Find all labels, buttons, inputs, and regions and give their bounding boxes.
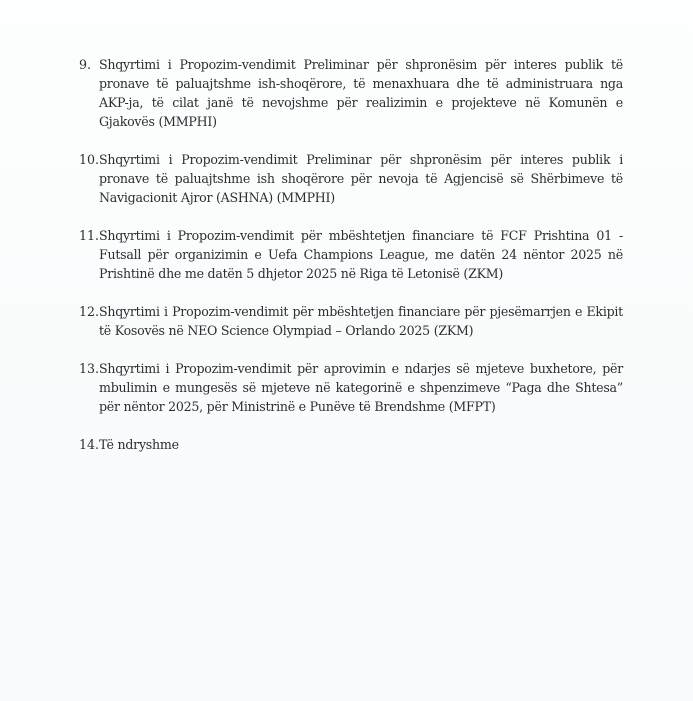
agenda-item-number: 11.: [79, 226, 99, 245]
agenda-item-9: 9. Shqyrtimi i Propozim-vendimit Prelimi…: [79, 55, 623, 131]
agenda-item-number: 10.: [79, 150, 99, 169]
agenda-item-14: 14. Të ndryshme: [79, 435, 623, 454]
agenda-item-number: 14.: [79, 435, 99, 454]
agenda-item-number: 13.: [79, 359, 99, 378]
agenda-item-number: 9.: [79, 55, 91, 74]
agenda-item-12: 12. Shqyrtimi i Propozim-vendimit për mb…: [79, 302, 623, 340]
agenda-item-text: Shqyrtimi i Propozim-vendimit për mbësht…: [99, 302, 623, 340]
agenda-item-text: Shqyrtimi i Propozim-vendimit Preliminar…: [99, 150, 623, 207]
agenda-item-text: Shqyrtimi i Propozim-vendimit për mbësht…: [99, 226, 623, 283]
agenda-item-text: Shqyrtimi i Propozim-vendimit Preliminar…: [99, 55, 623, 131]
document-page: 9. Shqyrtimi i Propozim-vendimit Prelimi…: [0, 0, 693, 701]
agenda-item-13: 13. Shqyrtimi i Propozim-vendimit për ap…: [79, 359, 623, 416]
agenda-list: 9. Shqyrtimi i Propozim-vendimit Prelimi…: [79, 55, 623, 473]
agenda-item-10: 10. Shqyrtimi i Propozim-vendimit Prelim…: [79, 150, 623, 207]
agenda-item-text: Të ndryshme: [99, 435, 623, 454]
agenda-item-11: 11. Shqyrtimi i Propozim-vendimit për mb…: [79, 226, 623, 283]
agenda-item-number: 12.: [79, 302, 99, 321]
agenda-item-text: Shqyrtimi i Propozim-vendimit për aprovi…: [99, 359, 623, 416]
